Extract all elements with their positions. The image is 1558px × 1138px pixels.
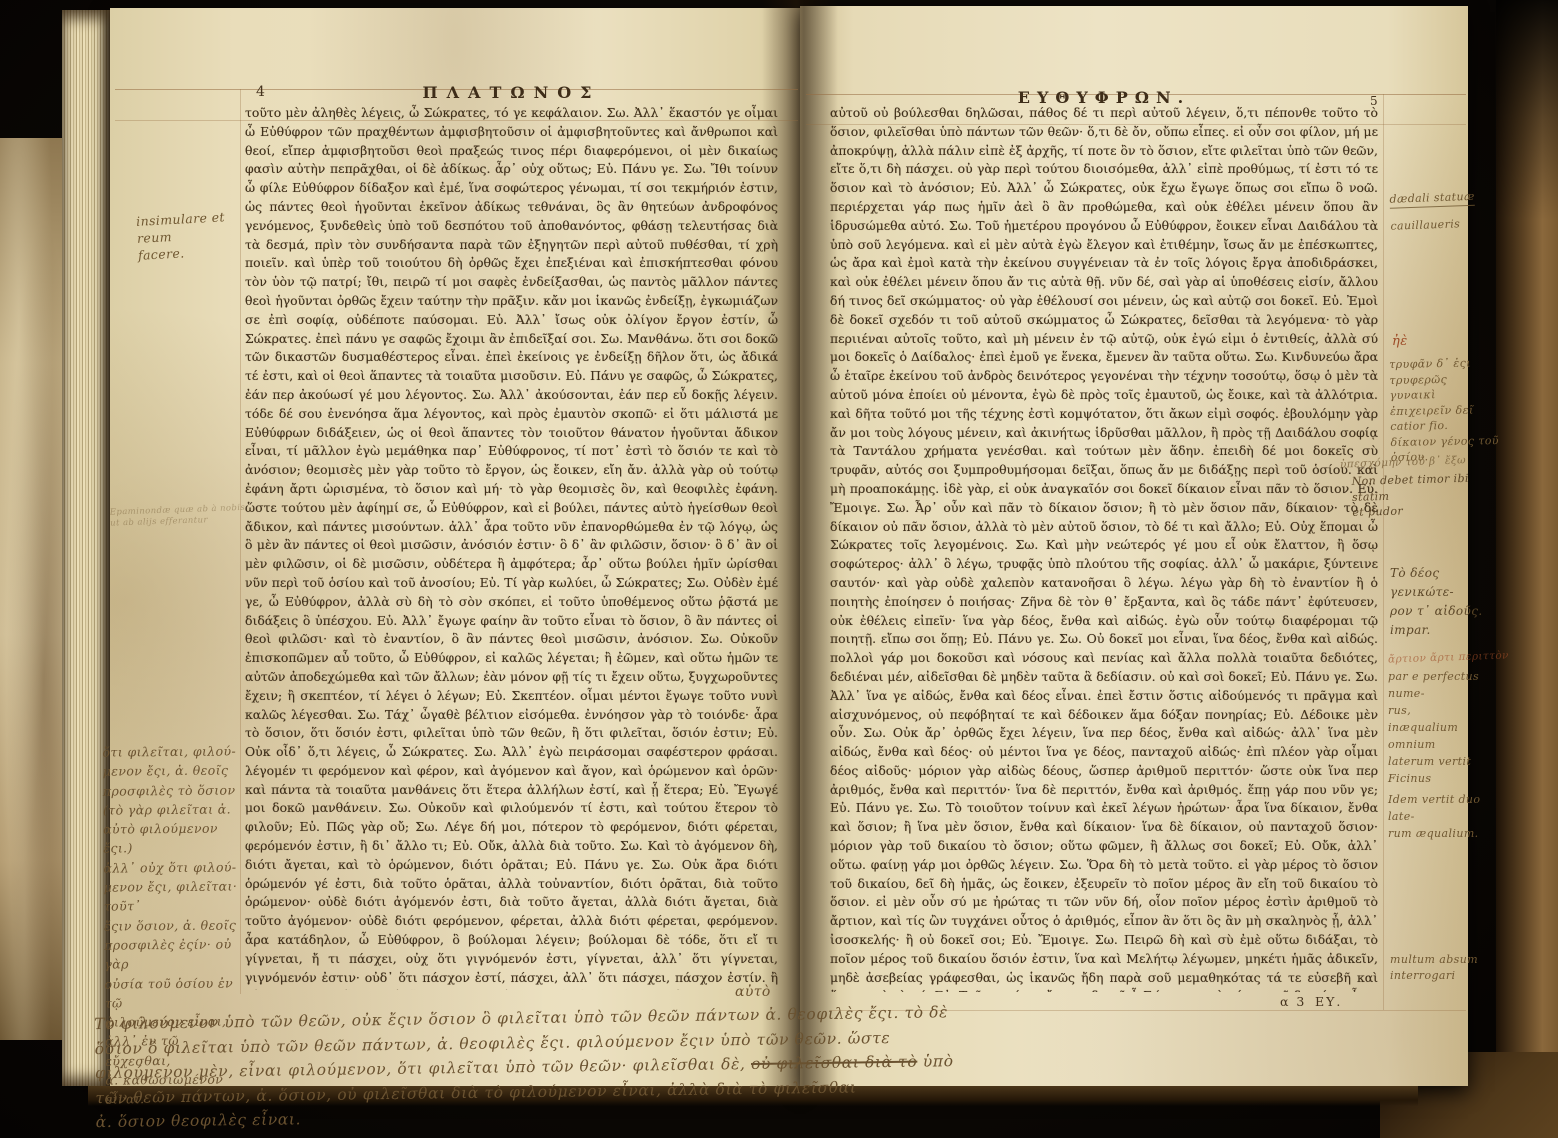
margin-note-line: Non debet timor ibi statim bbox=[1351, 470, 1492, 505]
handwritten-catchword: αὐτὸ bbox=[735, 984, 771, 1000]
margin-note-line: rus, bbox=[1388, 702, 1503, 719]
margin-note-line: multum absum bbox=[1390, 952, 1500, 968]
struck-through-phrase: οὐ φιλεῖσθαι διὰ τὸ bbox=[751, 1053, 918, 1073]
margin-mark-red: ἠὲ bbox=[1392, 334, 1408, 349]
margin-note-line: μενον ἔςι, φιλεῖται· τοῦτ᾽ bbox=[104, 876, 242, 916]
catchword-printed: ΕΥ. bbox=[1315, 994, 1342, 1009]
margin-note-line: impar. bbox=[1390, 621, 1500, 640]
signature-mark: α 3 bbox=[1280, 994, 1306, 1009]
margin-note-par-perfectus: par e perfectus nume- rus, inæqualium om… bbox=[1388, 668, 1503, 842]
margin-note-timor: Non debet timor ibi statim et pudor bbox=[1351, 470, 1492, 520]
margin-note-deos: Τὸ δέος γενικώτε- ρον τ᾽ αἰδοῦς. impar. bbox=[1390, 564, 1500, 640]
margin-note-line: dædali statuæ bbox=[1389, 189, 1475, 208]
margin-note-line: Τὸ δέος γενικώτε- bbox=[1390, 564, 1500, 602]
margin-note-line: et pudor bbox=[1352, 501, 1492, 520]
margin-note-line: οὐσία τοῦ ὁσίου ἐν τῷ bbox=[104, 973, 242, 1013]
margin-note-line: Idem vertit duo late- bbox=[1388, 791, 1503, 825]
margin-note-line: ἀλλ᾽ οὐχ ὅτι φιλού- bbox=[103, 857, 241, 878]
margin-note-line: interrogari bbox=[1390, 968, 1500, 984]
marbled-board-left bbox=[0, 138, 62, 1040]
margin-note-line: δίκαιον γένος τοῦ bbox=[1390, 433, 1500, 450]
right-page-margin-rule bbox=[1383, 94, 1384, 1010]
margin-note-line: τρυφᾶν δ᾽ ἐςι τρυφερῶς bbox=[1389, 355, 1500, 388]
margin-note-daedali: dædali statuæ cauillaueris bbox=[1389, 188, 1490, 233]
bottom-handwritten-note: Τὸ φιλούμενον ὑπὸ τῶν θεῶν, οὐκ ἔςιν ὅσι… bbox=[94, 1000, 976, 1135]
margin-note-insimulare: insimulare et reum facere. bbox=[136, 207, 249, 264]
margin-note-line: cauillaueris bbox=[1390, 215, 1490, 234]
margin-note-line: ρον τ᾽ αἰδοῦς. bbox=[1390, 602, 1500, 621]
antique-book-photograph: 4 ΠΛΑΤΩΝΟΣ τοῦτο μὲν ἀληθὲς λέγεις, ὦ Σώ… bbox=[0, 0, 1558, 1138]
margin-note-multum: multum absum interrogari bbox=[1390, 952, 1500, 983]
left-running-head: ΠΛΑΤΩΝΟΣ bbox=[245, 83, 778, 102]
margin-note-line: par e perfectus nume- bbox=[1388, 668, 1503, 702]
left-page-body-text: τοῦτο μὲν ἀληθὲς λέγεις, ὦ Σώκρατες, τό … bbox=[245, 104, 778, 990]
margin-note-line: προσφιλὲς ἐςίν· οὐ γὰρ bbox=[104, 934, 242, 974]
margin-note-tryphan: τρυφᾶν δ᾽ ἐςι τρυφερῶς γυναικὶ ἐπιχειρεῖ… bbox=[1389, 355, 1501, 465]
margin-note-line: ὅτι φιλεῖται, φιλού- bbox=[102, 741, 240, 762]
right-page-body-text: αὐτοῦ οὐ βούλεσθαι δηλῶσαι, πάθος δέ τι … bbox=[830, 104, 1378, 992]
margin-note-line: rum æqualium. bbox=[1388, 825, 1503, 842]
margin-note-line: inæqualium omnium bbox=[1388, 719, 1503, 753]
margin-note-line: insimulare et reum bbox=[136, 207, 248, 247]
book-cover-board-right bbox=[1496, 0, 1558, 1138]
margin-note-line: ἔςιν ὅσιον, ἀ. θεοῖς bbox=[104, 915, 242, 936]
bottom-note-segment: ὑπὸ bbox=[917, 1052, 954, 1071]
fore-edge-page-stack bbox=[62, 10, 110, 1086]
margin-note-line: μενον ἔςι, ἀ. θεοῖς bbox=[103, 761, 241, 782]
margin-note-line: γυναικὶ ἐπιχειρεῖν δεῖ bbox=[1390, 386, 1501, 419]
margin-note-line: (τὸ γὰρ φιλεῖται ἀ. bbox=[103, 799, 241, 820]
margin-note-line: προσφιλὲς τὸ ὅσιον bbox=[103, 780, 241, 801]
margin-note-line: αὐτὸ φιλούμενον ἔςι.) bbox=[103, 819, 241, 859]
margin-note-line: laterum vertit Ficinus bbox=[1388, 753, 1503, 787]
